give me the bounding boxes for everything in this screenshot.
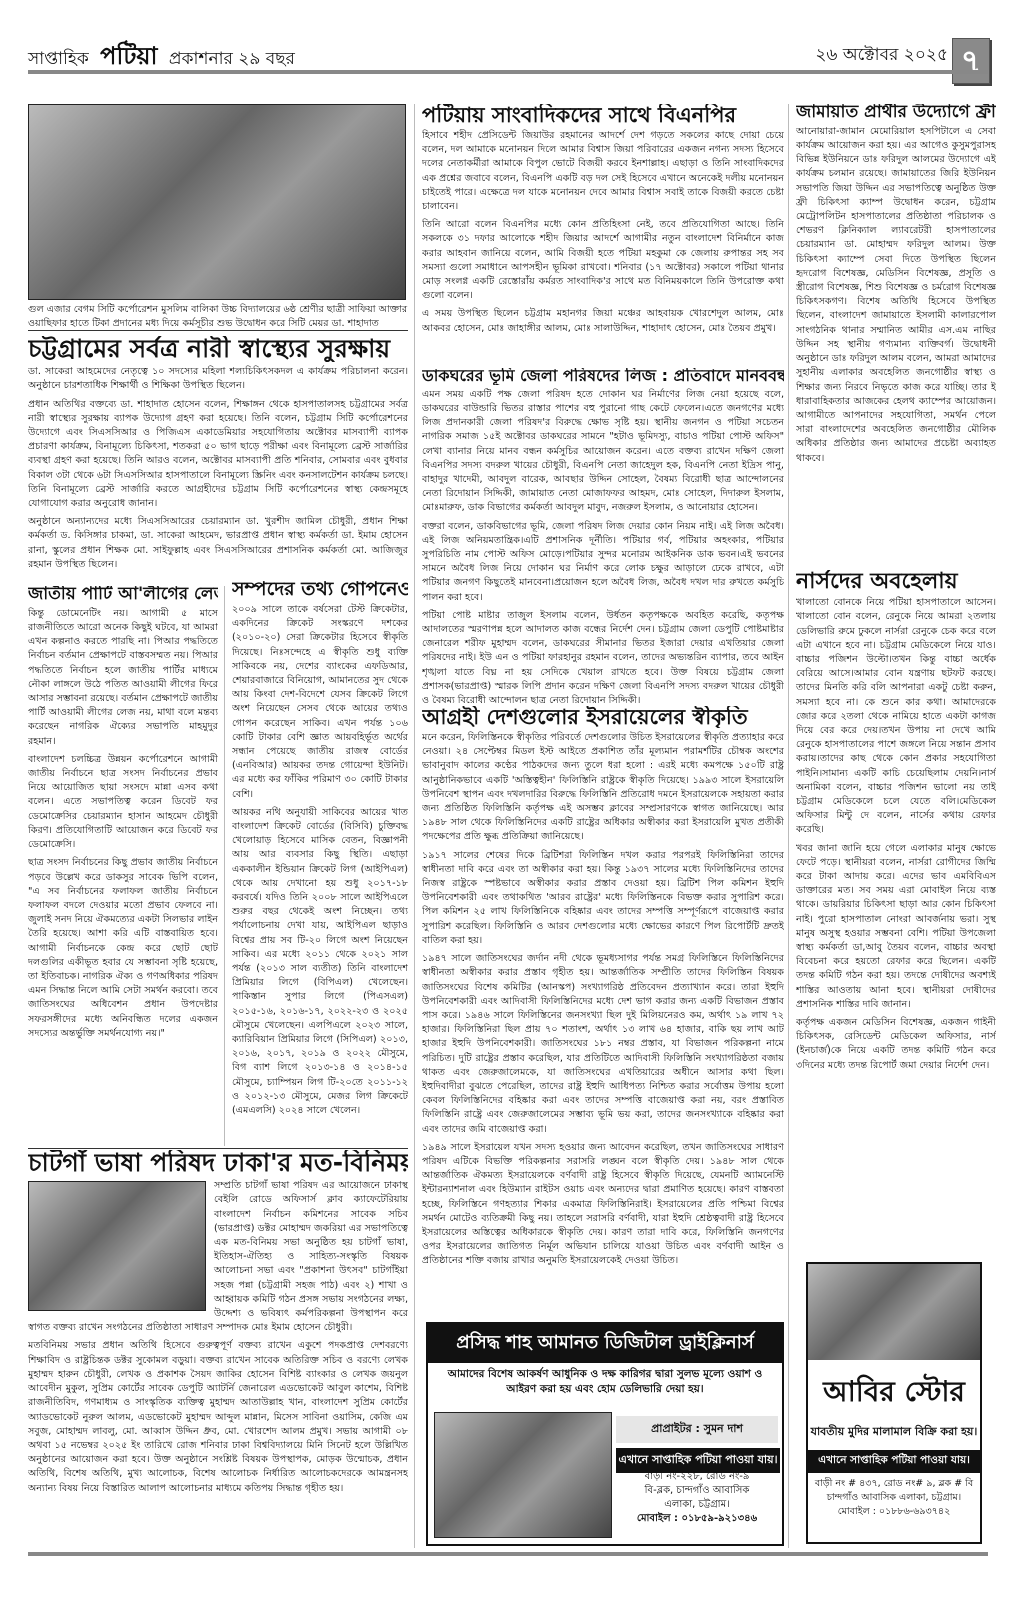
paragraph: ২০০৯ সালে তাকে বর্ষসেরা টেস্ট ক্রিকেটার,… [232,603,408,802]
address-line: বাড়ী নং-২২৮, রোড নং-৯ [616,1470,778,1484]
headline: পটিয়ায় সাংবাদিকদের সাথে বিএনপির [422,104,784,126]
headline: নার্সদের অবহেলায় [796,570,996,593]
paragraph: হিসাবে শহীদ প্রেসিডেন্ট জিয়াউর রহমানের … [422,129,784,214]
paragraph: বাংলাদেশ চলচ্চিত্র উন্নয়ন কর্পোরেশনে আগ… [28,753,218,852]
column-divider [414,104,415,1548]
masthead-suffix: প্রকাশনার ২৯ বছর [169,49,295,69]
paragraph: খালাতো বোনকে নিয়ে পটিয়া হাসপাতালে আসেন… [796,596,996,837]
divider [28,1148,408,1149]
paragraph: খবর জানা জানি হয়ে গেলে এলাকার মানুষ ক্ষ… [796,842,996,1012]
paragraph: কর্তৃপক্ষ একজন মেডিসিন বিশেষজ্ঞ, একজন গা… [796,1016,996,1073]
article-shakib: সম্পদের তথ্য গোপনেও ২০০৯ সালে তাকে বর্ষস… [232,580,408,1146]
header-divider [28,70,988,74]
address-line: চান্দগাঁও আবাসিক এলাকা, চট্টগ্রাম। [808,1491,980,1505]
ad-tagline: আমাদের বিশেষ আকর্ষণ আধুনিক ও দক্ষ কারিগর… [428,1363,782,1401]
ad-mobile: মোবাইল : ০১৮৮৬-৬৯৩৭৪২ [808,1505,980,1519]
headline: চাটগাঁ ভাষা পরিষদ ঢাকা'র মত-বিনিময় সভা [28,1150,408,1176]
article-post-office: ডাকঘরের ভূমি জেলা পরিষদের লিজ : প্রতিবাদ… [422,368,784,704]
paragraph: ১৯১৭ সালের শেষের দিকে ব্রিটিশরা ফিলিস্তি… [422,849,784,948]
paragraph: ১৯৪৯ সালে ইসরায়েল যখন সদস্য হওয়ার জন্য… [422,1141,784,1269]
masthead-prefix: সাপ্তাহিক [28,49,89,69]
photo-block-top: গুল এজার বেগম সিটি কর্পোরেশন মুসলিম বালি… [28,104,408,330]
address-line: এলাকা, চট্টগ্রাম। [616,1498,778,1512]
masthead: সাপ্তাহিক পটিয়া প্রকাশনার ২৯ বছর ২৬ অক্… [28,38,988,66]
column-divider [224,586,225,1146]
address-line: বি-ব্লক, চান্দগাঁও আবাসিক [616,1484,778,1498]
paragraph: আনোয়ারা-জামান মেমোরিয়াল হসপিটালে এ সেব… [796,125,996,466]
headline: চট্টগ্রামের সর্বত্র নারী স্বাস্থ্যের সুর… [28,336,408,362]
ad-banner: এখানে সাপ্তাহিক পটিয়া পাওয়া যায়। [808,1450,980,1473]
article-jamaat-free: জামায়াত প্রার্থীর উদ্যোগে ফ্রী আনোয়ারা… [796,104,996,560]
ad-title: আবির স্টোর [808,1370,980,1417]
paragraph: ছাত্র সংসদ নির্বাচনের কিছু প্রভাব জাতীয়… [28,856,218,1041]
headline: জামায়াত প্রার্থীর উদ্যোগে ফ্রী [796,104,996,122]
issue-date: ২৬ অক্টোবর ২০২৫ [815,42,948,70]
paragraph: বক্তরা বলেন, ডাকবিভাগের ভূমি, জেলা পরিষদ… [422,520,784,605]
headline: আগ্রহী দেশগুলোর ইসরায়েলের স্বীকৃতি [422,706,784,728]
paragraph: প্রধান অতিথির বক্তব্যে ডা. শাহাদাত হোসেন… [28,398,408,512]
ad-title: প্রসিদ্ধ শাহ আমানত ডিজিটাল ড্রাইক্লিনার্… [428,1324,782,1363]
meeting-photo [28,1181,206,1311]
paragraph: তিনি আরো বলেন বিএনপির মধ্যে কোন প্রতিহিং… [422,218,784,303]
footer-divider [28,1552,988,1556]
newspaper-name: পটিয়া [100,42,157,70]
ad-tagline: যাবতীয় মুদির মালামাল বিক্রি করা হয়। [808,1423,980,1442]
ad-proprietor: প্রাপ্রাইটর : সুমন দাশ [616,1416,778,1443]
paragraph: মনে করেন, ফিলিস্তিনকে স্বীকৃতির পরিবর্তে… [422,731,784,845]
headline: ডাকঘরের ভূমি জেলা পরিষদের লিজ : প্রতিবাদ… [422,368,784,385]
paragraph: পটিয়া পোষ্ট মাষ্টার তাজুল ইসলাম বলেন, উ… [422,609,784,704]
address-line: বাড়ী নং # ৪৩৭, রোড নং# ৯, ব্লক # বি [808,1477,980,1491]
article-bnp-journalists: পটিয়ায় সাংবাদিকদের সাথে বিএনপির হিসাবে… [422,104,784,368]
paragraph: মতবিনিময় সভার প্রধান অতিথি হিসেবে গুরুত… [28,1339,408,1495]
headline: জাতীয় পার্টি আ'লীগের লেজ নয় [28,586,218,604]
photo-caption: গুল এজার বেগম সিটি কর্পোরেশন মুসলিম বালি… [28,303,408,330]
ironing-photo [434,1412,612,1538]
article-israel: আগ্রহী দেশগুলোর ইসরায়েলের স্বীকৃতি মনে … [422,706,784,1294]
article-nurses: নার্সদের অবহেলায় খালাতো বোনকে নিয়ে পটি… [796,570,996,1210]
paragraph: ডা. সাকেরা আহমেদের নেতৃত্বে ১০ সদস্যের ম… [28,365,408,393]
vaccination-photo [28,104,406,300]
page-number: ৭ [952,38,990,84]
ad-address: বাড়ী নং # ৪৩৭, রোড নং# ৯, ব্লক # বি চান… [808,1473,980,1519]
paragraph: কিন্তু ডোমেনেটিং নয়। আগামী ৫ মাসে রাজনী… [28,607,218,749]
paragraph: আয়কর নথি অনুযায়ী সাকিবের আয়ের খাত বাং… [232,806,408,1118]
article-chatga: চাটগাঁ ভাষা পরিষদ ঢাকা'র মত-বিনিময় সভা … [28,1150,408,1548]
article-ctg-women: চট্টগ্রামের সর্বত্র নারী স্বাস্থ্যের সুর… [28,336,408,580]
paragraph: অনুষ্ঠানে অন্যান্যদের মধ্যে সিএসসিআরের চ… [28,515,408,572]
ad-mobile: মোবাইল : ০১৮৫৯-৯২১৩৪৬ [616,1512,778,1526]
ad-address: বাড়ী নং-২২৮, রোড নং-৯ বি-ব্লক, চান্দগাঁ… [616,1470,778,1526]
paragraph: ১৯৪৭ সালে জাতিসংঘের জর্দান নদী থেকে ভূমধ… [422,952,784,1137]
paragraph: এ সময় উপস্থিত ছিলেন চট্টগ্রাম মহানগর জি… [422,307,784,335]
grocery-photo [808,1264,980,1360]
column-divider [788,104,789,1548]
article-jatiya-party: জাতীয় পার্টি আ'লীগের লেজ নয় কিন্তু ডোম… [28,586,218,1146]
headline: সম্পদের তথ্য গোপনেও [232,580,408,600]
paragraph: এমন সময় একটি পক্ষ জেলা পরিষদ হতে দোকান … [422,388,784,516]
ad-abir-store: আবির স্টোর যাবতীয় মুদির মালামাল বিক্রি … [806,1262,982,1544]
ad-dry-cleaners: প্রসিদ্ধ শাহ আমানত ডিজিটাল ড্রাইক্লিনার্… [426,1322,784,1546]
divider [28,330,408,331]
